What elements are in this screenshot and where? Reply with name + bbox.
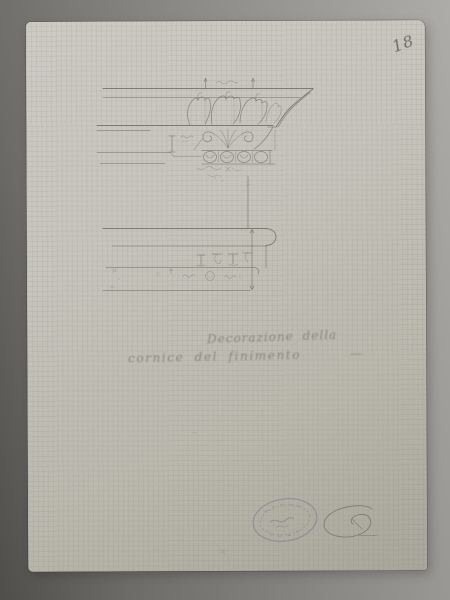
stamp-center-text-squiggle bbox=[270, 517, 294, 524]
paper-sheet bbox=[26, 20, 427, 572]
photo-backdrop: 18 Decorazione della cornice del finimen… bbox=[0, 0, 450, 600]
caption-dash: — bbox=[350, 347, 362, 361]
pencil-paraph-mark bbox=[318, 500, 384, 544]
